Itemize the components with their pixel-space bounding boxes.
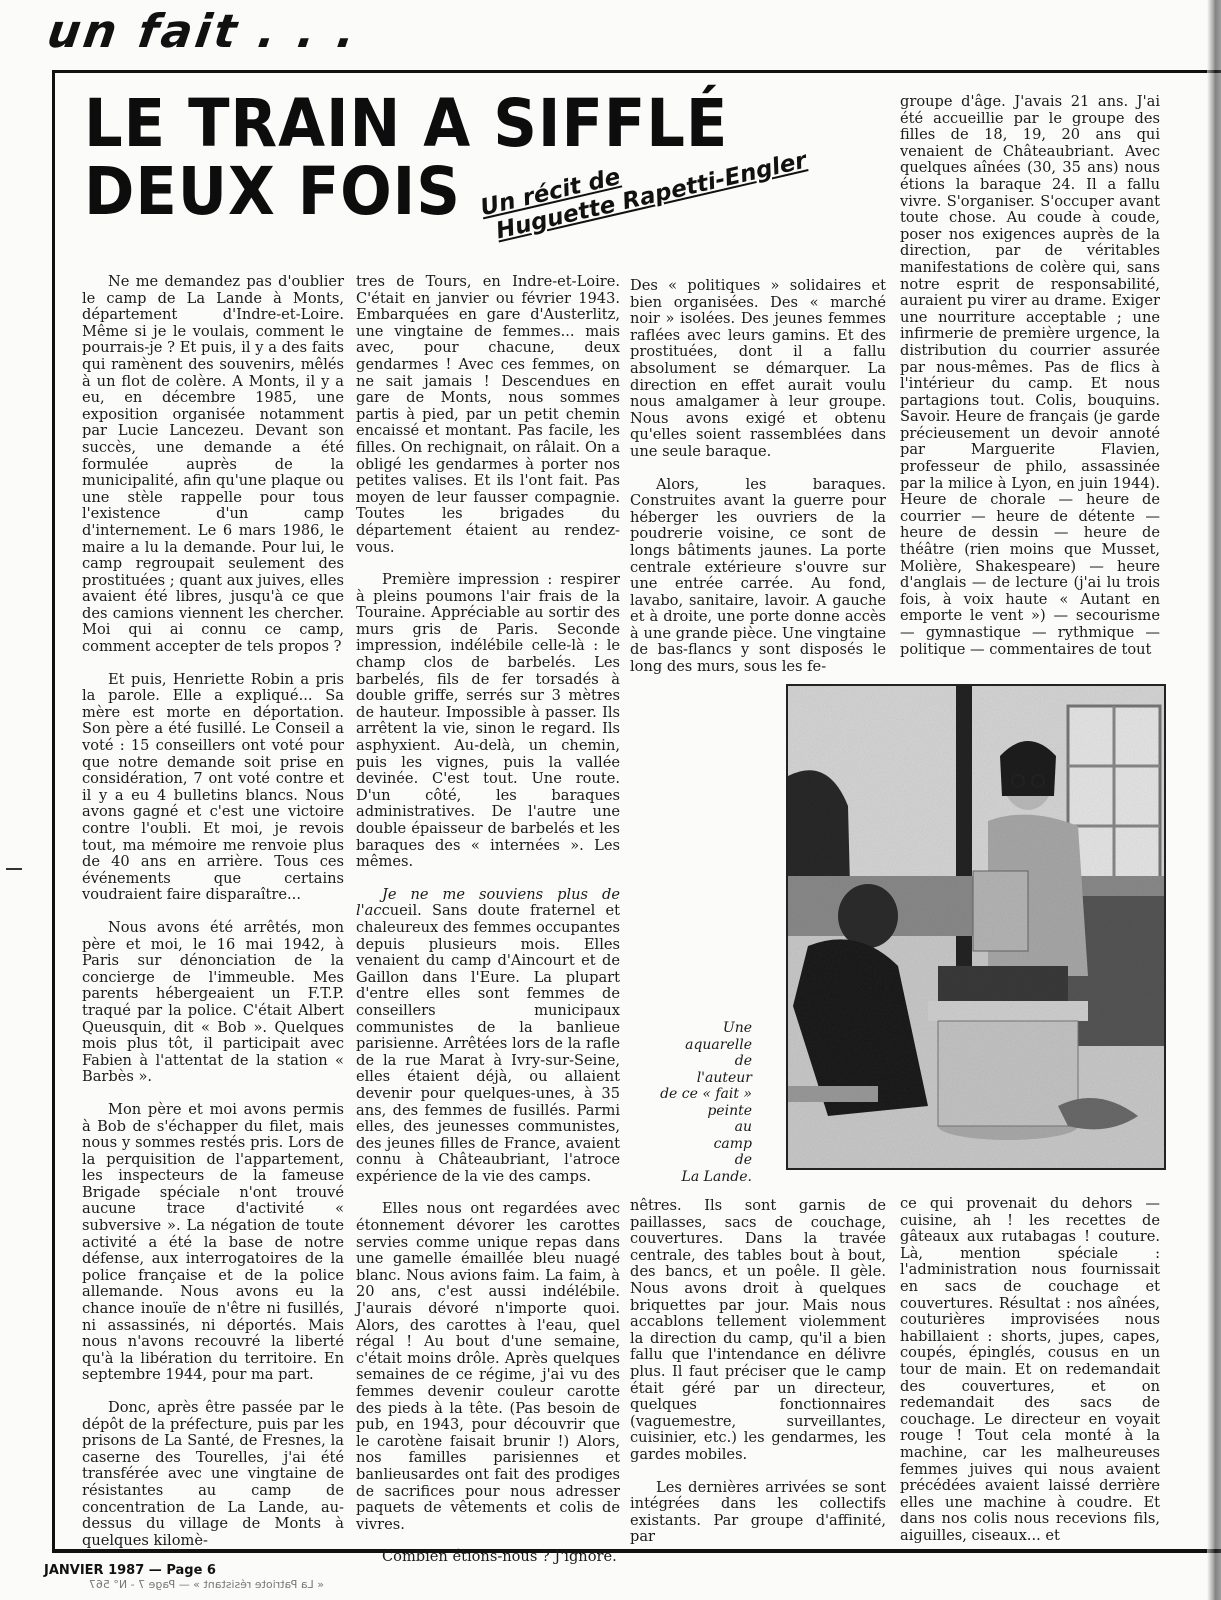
article-column-4-bottom: ce qui provenait du dehors — cuisine, ah… — [900, 1196, 1160, 1544]
watercolor-illustration — [786, 684, 1166, 1170]
caption-line: l'auteur — [640, 1070, 752, 1087]
paragraph: Ne me demandez pas d'oublier le camp de … — [82, 274, 344, 656]
page-edge-shadow — [1207, 0, 1221, 1600]
caption-line: aquarelle — [640, 1037, 752, 1054]
bleed-through-text: « La Patriote résistant » — Page 7 - N° … — [89, 1578, 324, 1591]
article-column-2: tres de Tours, en Indre-et-Loire. C'étai… — [356, 274, 620, 1566]
paragraph: Alors, les baraques. Construites avant l… — [630, 477, 886, 676]
caption-line: camp — [640, 1136, 752, 1153]
caption-line: peinte — [640, 1103, 752, 1120]
article-column-4-top: groupe d'âge. J'avais 21 ans. J'ai été a… — [900, 94, 1160, 658]
title-line-1: LE TRAIN A SIFFLÉ — [84, 90, 728, 158]
paragraph: nêtres. Ils sont garnis de paillasses, s… — [630, 1198, 886, 1464]
paragraph: tres de Tours, en Indre-et-Loire. C'étai… — [356, 274, 620, 556]
section-kicker: un fait . . . — [44, 4, 361, 58]
caption-line: La Lande. — [640, 1169, 752, 1186]
paragraph: Des « politiques » solidaires et bien or… — [630, 278, 886, 461]
paragraph: Et puis, Henriette Robin a pris la parol… — [82, 672, 344, 904]
caption-line: de — [640, 1152, 752, 1169]
caption-line: Une — [640, 1020, 752, 1037]
paragraph: Combien étions-nous ? J'ignore. — [356, 1549, 620, 1566]
page-footer: JANVIER 1987 — Page 6 — [44, 1563, 216, 1578]
watercolor-image — [788, 686, 1164, 1168]
italic-lead: Je ne me souviens plus de l'ac — [356, 886, 620, 920]
paragraph: Mon père et moi avons permis à Bob de s'… — [82, 1102, 344, 1384]
margin-mark — [6, 868, 22, 870]
article-column-1: Ne me demandez pas d'oublier le camp de … — [82, 274, 344, 1549]
caption-line: de — [640, 1053, 752, 1070]
figure-caption: Uneaquarelledel'auteurde ce « fait »pein… — [640, 1020, 752, 1185]
paragraph: Première impression : respirer à pleins … — [356, 572, 620, 871]
paragraph: Les dernières arrivées se sont intégrées… — [630, 1480, 886, 1546]
paragraph: groupe d'âge. J'avais 21 ans. J'ai été a… — [900, 94, 1160, 658]
article-column-3-bottom: nêtres. Ils sont garnis de paillasses, s… — [630, 1198, 886, 1546]
caption-line: de ce « fait » — [640, 1086, 752, 1103]
article-column-3-top: Des « politiques » solidaires et bien or… — [630, 278, 886, 676]
caption-line: au — [640, 1119, 752, 1136]
paragraph: Donc, après être passée par le dépôt de … — [82, 1400, 344, 1549]
paragraph: ce qui provenait du dehors — cuisine, ah… — [900, 1196, 1160, 1544]
paragraph: Elles nous ont regardées avec étonnement… — [356, 1201, 620, 1533]
paragraph-italic-lead: Je ne me souviens plus de l'accueil. San… — [356, 887, 620, 1186]
paragraph: Nous avons été arrêtés, mon père et moi,… — [82, 920, 344, 1086]
